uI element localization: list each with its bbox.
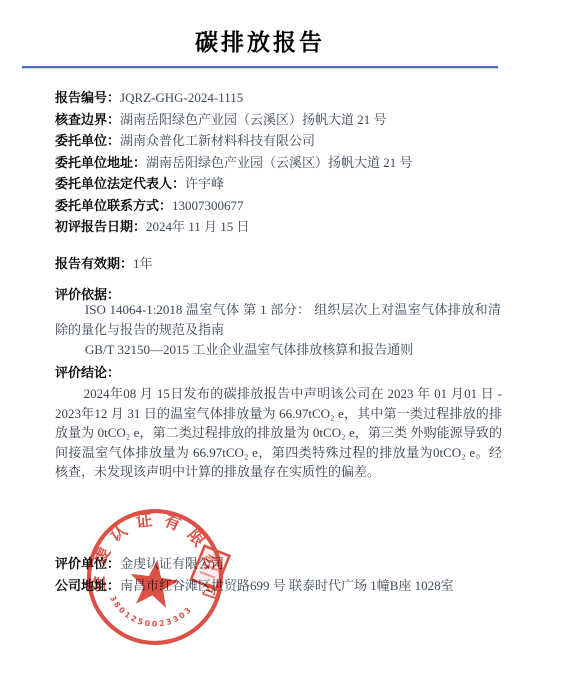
field-validity: 报告有效期：1年 <box>55 253 501 275</box>
field-contact-phone: 委托单位联系方式：13007300677 <box>55 195 501 217</box>
conclusion-text: 2024年08 月 15日发布的碳排放报告中声明该公司在 2023 年 01 月… <box>55 384 502 482</box>
field-client: 委托单位：湖南众普化工新材料科技有限公司 <box>55 130 501 152</box>
field-value: 许宇峰 <box>185 176 224 191</box>
field-value: 2024年 11 月 15 日 <box>146 219 250 234</box>
basis-item-iso: ISO 14064-1:2018 温室气体 第 1 部分： 组织层次上对温室气体… <box>55 300 501 340</box>
field-label: 报告编号： <box>55 90 120 105</box>
field-legal-representative: 委托单位法定代表人：许宇峰 <box>55 173 501 195</box>
field-label: 报告有效期： <box>55 256 133 271</box>
title-divider <box>22 66 498 69</box>
page-title: 碳排放报告 <box>22 24 498 57</box>
field-value: 1年 <box>133 256 153 271</box>
conclusion-label: 评价结论： <box>55 363 120 383</box>
field-initial-report-date: 初评报告日期：2024年 11 月 15 日 <box>55 216 501 238</box>
field-report-number: 报告编号：JQRZ-GHG-2024-1115 <box>55 87 501 109</box>
field-label: 核查边界： <box>55 112 120 127</box>
star-icon <box>127 556 182 609</box>
report-validity: 报告有效期：1年 <box>55 253 501 275</box>
field-value: 湖南岳阳绿色产业园（云溪区）扬帆大道 21 号 <box>120 112 387 127</box>
field-label: 初评报告日期： <box>55 219 146 234</box>
report-fields: 报告编号：JQRZ-GHG-2024-1115 核查边界：湖南岳阳绿色产业园（云… <box>55 87 501 238</box>
field-label: 委托单位： <box>55 133 120 148</box>
field-value: 湖南众普化工新材料科技有限公司 <box>120 133 315 148</box>
field-client-address: 委托单位地址：湖南岳阳绿色产业园（云溪区）扬帆大道 21 号 <box>55 152 501 174</box>
field-label: 委托单位地址： <box>55 155 146 170</box>
field-value: 13007300677 <box>172 198 244 213</box>
field-label: 委托单位联系方式： <box>55 198 172 213</box>
field-value: 湖南岳阳绿色产业园（云溪区）扬帆大道 21 号 <box>146 155 413 170</box>
field-verify-boundary: 核查边界：湖南岳阳绿色产业园（云溪区）扬帆大道 21 号 <box>55 109 501 131</box>
basis-items: ISO 14064-1:2018 温室气体 第 1 部分： 组织层次上对温室气体… <box>55 300 501 360</box>
field-label: 委托单位法定代表人： <box>55 176 185 191</box>
basis-item-gbt: GB/T 32150—2015 工业企业温室气体排放核算和报告通则 <box>55 340 501 360</box>
report-page: 碳排放报告 报告编号：JQRZ-GHG-2024-1115 核查边界：湖南岳阳绿… <box>0 0 571 692</box>
company-seal-stamp: 金虔认证有限公司 3801250023303 <box>77 499 233 655</box>
field-value: JQRZ-GHG-2024-1115 <box>120 90 243 105</box>
seal-number-text: 3801250023303 <box>105 593 195 634</box>
